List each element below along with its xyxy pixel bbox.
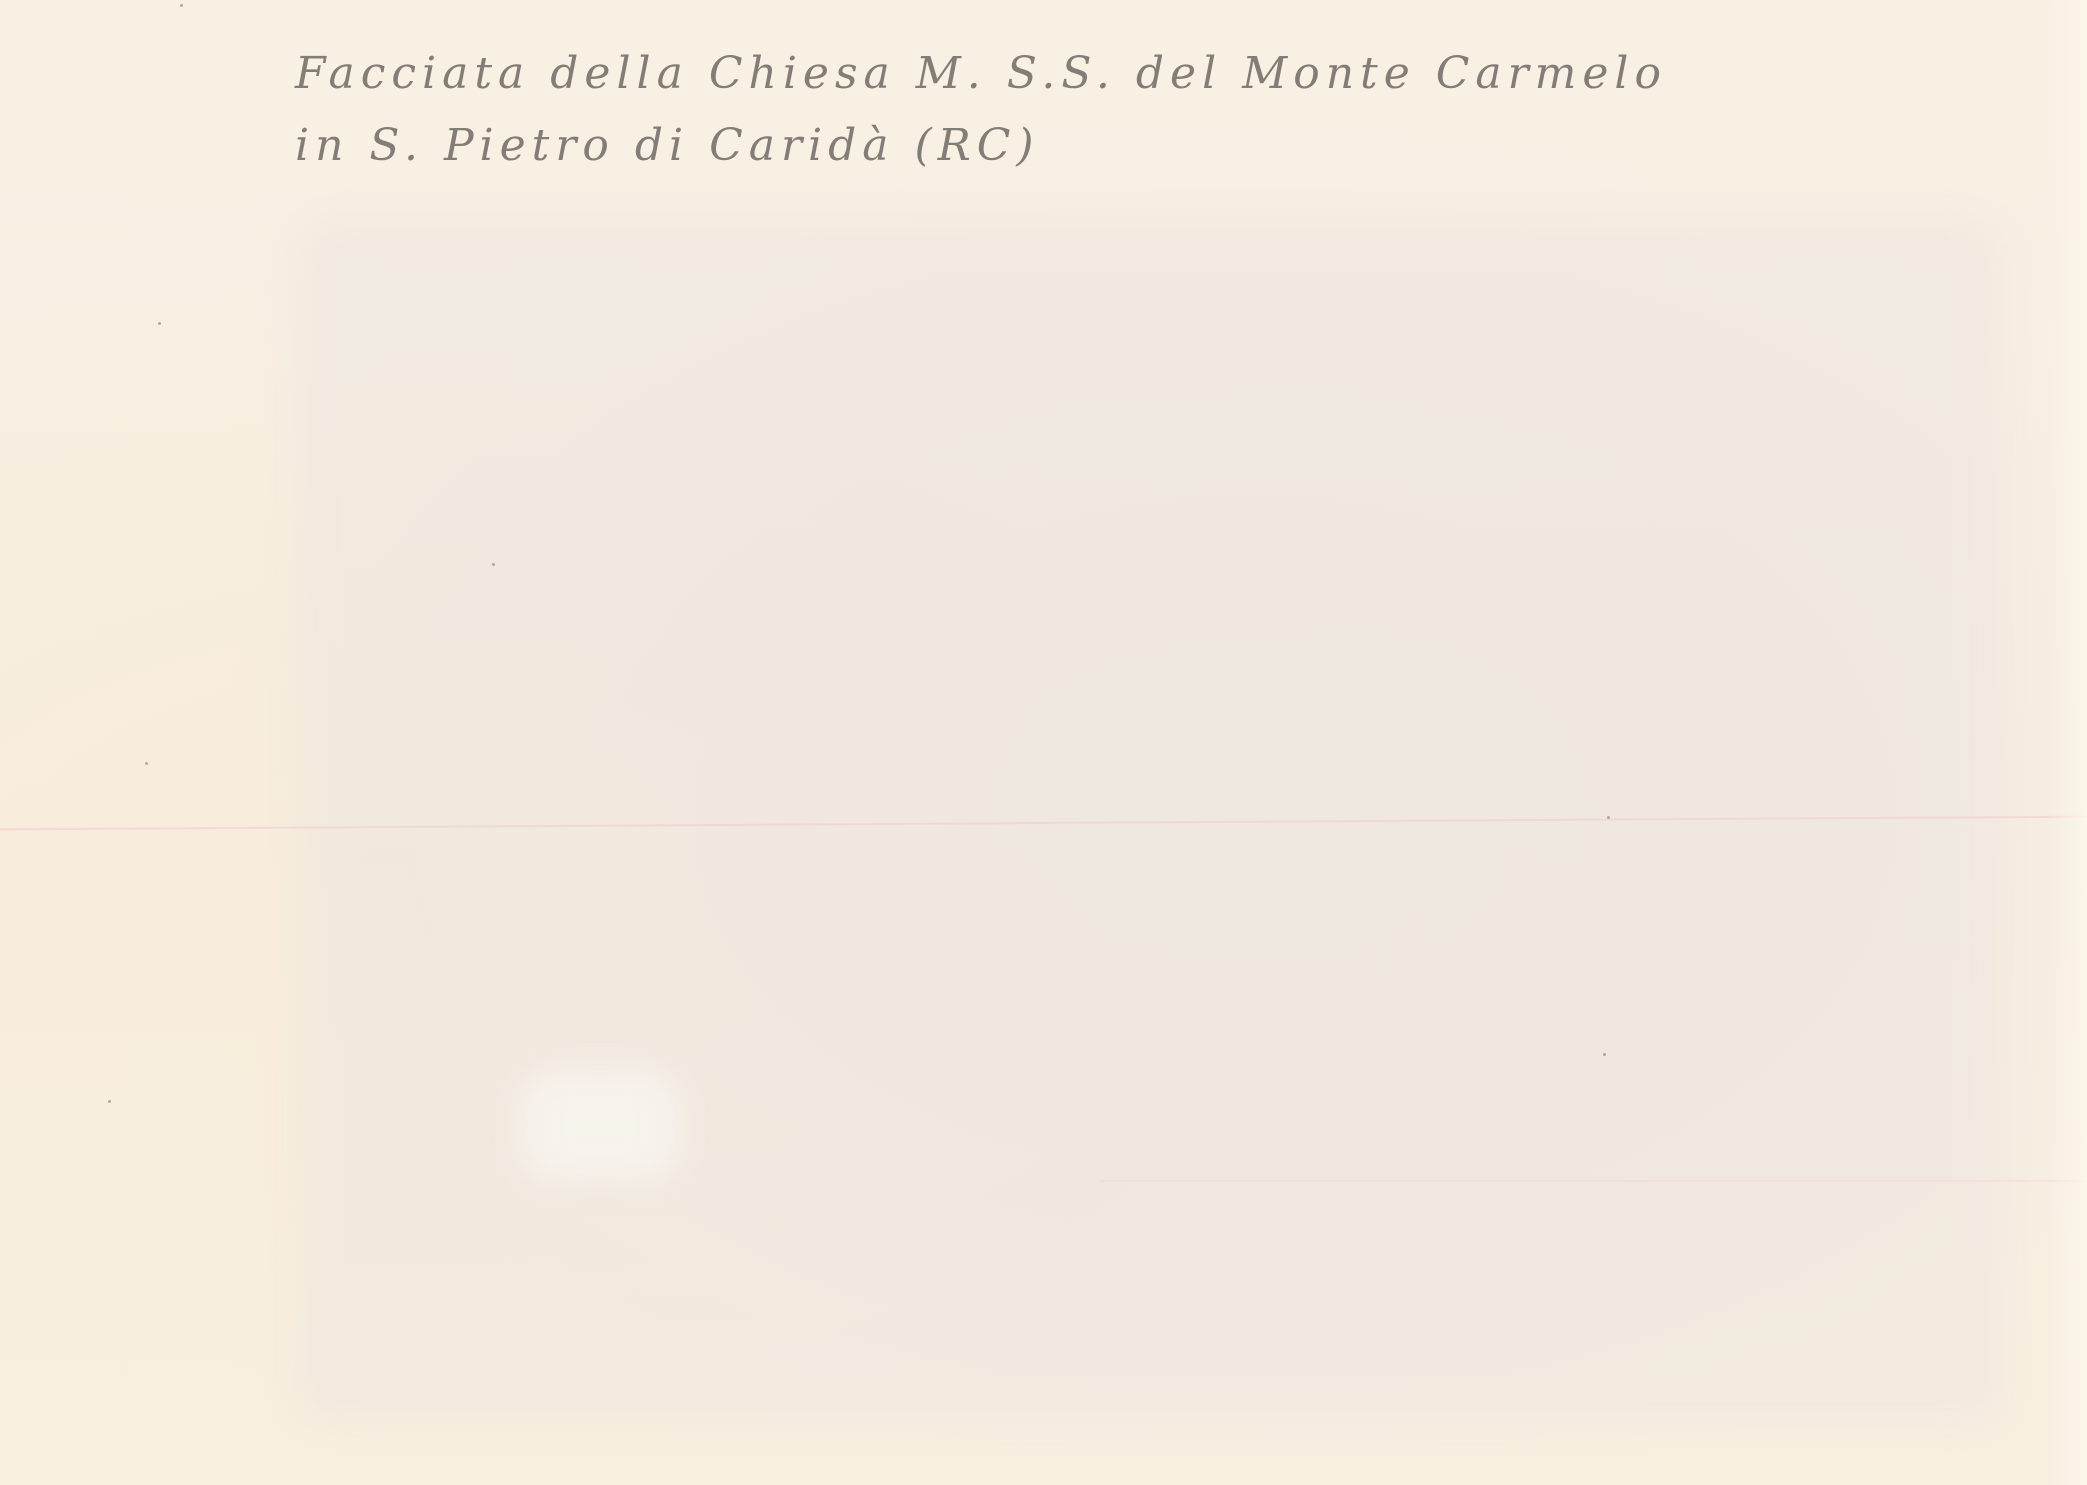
speck [158,322,161,325]
show-through-image-area [300,220,2000,1420]
faint-pink-line-lower [1100,1180,2087,1182]
speck [145,762,148,765]
paper-edge [2047,0,2087,1485]
show-through-light-patch [520,1070,680,1180]
photo-back-paper: Facciata della Chiesa M. S.S. del Monte … [0,0,2087,1485]
handwritten-caption: Facciata della Chiesa M. S.S. del Monte … [295,38,1667,182]
caption-line-1: Facciata della Chiesa M. S.S. del Monte … [295,38,1667,110]
speck [1603,1053,1606,1056]
speck [180,4,183,7]
caption-line-2: in S. Pietro di Caridà (RC) [295,110,1667,182]
speck [492,563,495,566]
speck [1607,816,1610,819]
speck [108,1100,111,1103]
